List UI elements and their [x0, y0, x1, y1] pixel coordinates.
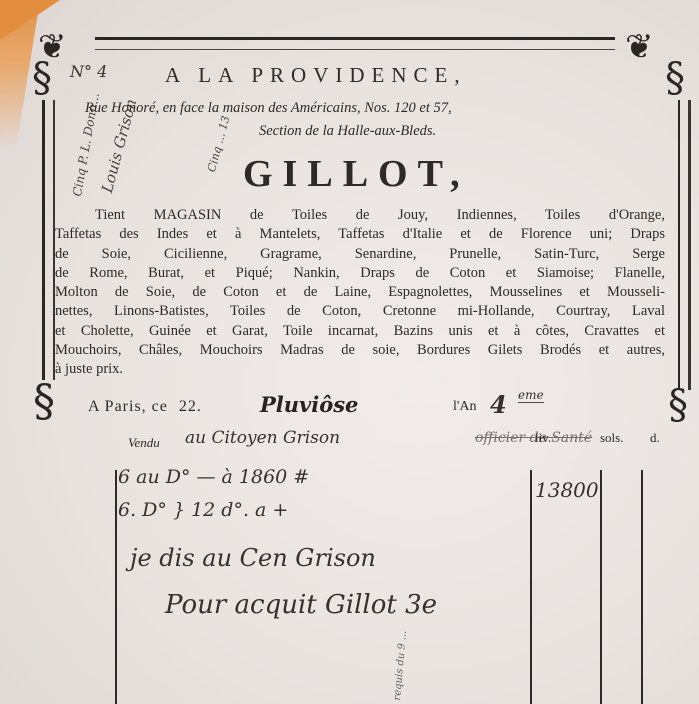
frame-top-border	[95, 37, 615, 50]
document-paper: ❦ § ❦ § § § A LA PROVIDENCE, Rue Honoré,…	[0, 0, 699, 704]
struck-occupation: officier de Santé	[475, 430, 592, 446]
margin-note-vertical-3: Cinq ... 13	[205, 114, 232, 173]
margin-note-bottom-vertical: requis du 9 ...	[392, 630, 409, 701]
address-line-2: Section de la Halle-aux-Bleds.	[259, 123, 436, 140]
body-line: Tient MAGASIN de Toiles de Jouy, Indienn…	[55, 206, 665, 225]
body-line: Taffetas des Indes et à Mantelets, Taffe…	[55, 225, 665, 244]
shop-sign-title: A LA PROVIDENCE,	[165, 63, 467, 88]
margin-note-vertical-1: Cinq P. L. Donn...	[70, 92, 102, 198]
receipt-signature: Pour acquit Gillot 3e	[165, 590, 437, 620]
sold-label: Vendu	[128, 435, 160, 451]
year-label: l'An	[453, 399, 477, 415]
date-line: A Paris, ce 22.	[88, 398, 202, 416]
year-suffix: eme	[518, 388, 544, 403]
column-deniers-label: d.	[650, 430, 660, 446]
date-month-handwritten: Pluviôse	[260, 392, 358, 417]
declaration-handwritten: je dis au Cen Grison	[130, 544, 376, 572]
column-livres-label: liv.	[535, 430, 551, 446]
column-sols-label: sols.	[600, 430, 623, 446]
body-line: nettes, Linons-Batistes, Toiles de Coton…	[55, 302, 665, 321]
corner-ornament-bottom-right-icon: §	[668, 385, 688, 425]
date-prefix: A Paris, ce	[88, 398, 168, 415]
ledger-sols-rule	[600, 470, 602, 704]
corner-ornament-bottom-left-icon: §	[33, 380, 55, 424]
ledger-deniers-rule	[641, 470, 643, 704]
frame-right-border	[678, 100, 691, 390]
merchant-name: GILLOT,	[243, 152, 470, 196]
frame-left-border	[42, 100, 55, 380]
body-line: Molton de Soie, de Coton et de Laine, Es…	[55, 283, 665, 302]
year-handwritten: 4	[490, 390, 507, 419]
ledger-left-rule	[115, 470, 117, 704]
body-line: à juste prix.	[55, 360, 665, 379]
date-day: 22.	[179, 398, 202, 415]
buyer-handwritten: au Citoyen Grison	[185, 428, 340, 448]
corner-ornament-top-right-icon: ❦	[625, 30, 654, 64]
ledger-livres-rule	[530, 470, 532, 704]
scroll-ornament-left-icon: §	[32, 58, 52, 98]
body-line: Mouchoirs, Châles, Mouchoirs Madras de s…	[55, 341, 665, 360]
document-number: N° 4	[70, 62, 107, 81]
body-line: de Soie, Cicilienne, Gragrame, Senardine…	[55, 245, 665, 264]
entry-line-2: 6. D° } 12 d°. a +	[118, 499, 288, 521]
entry-amount-1: 13800	[535, 478, 599, 502]
entry-line-1: 6 au D° — à 1860 #	[118, 466, 309, 488]
body-line: et Cholette, Guinée et Garat, Toile inca…	[55, 322, 665, 341]
goods-description: Tient MAGASIN de Toiles de Jouy, Indienn…	[55, 206, 665, 380]
body-line: de Rome, Burat, et Piqué; Nankin, Draps …	[55, 264, 665, 283]
scroll-ornament-right-icon: §	[665, 58, 685, 98]
